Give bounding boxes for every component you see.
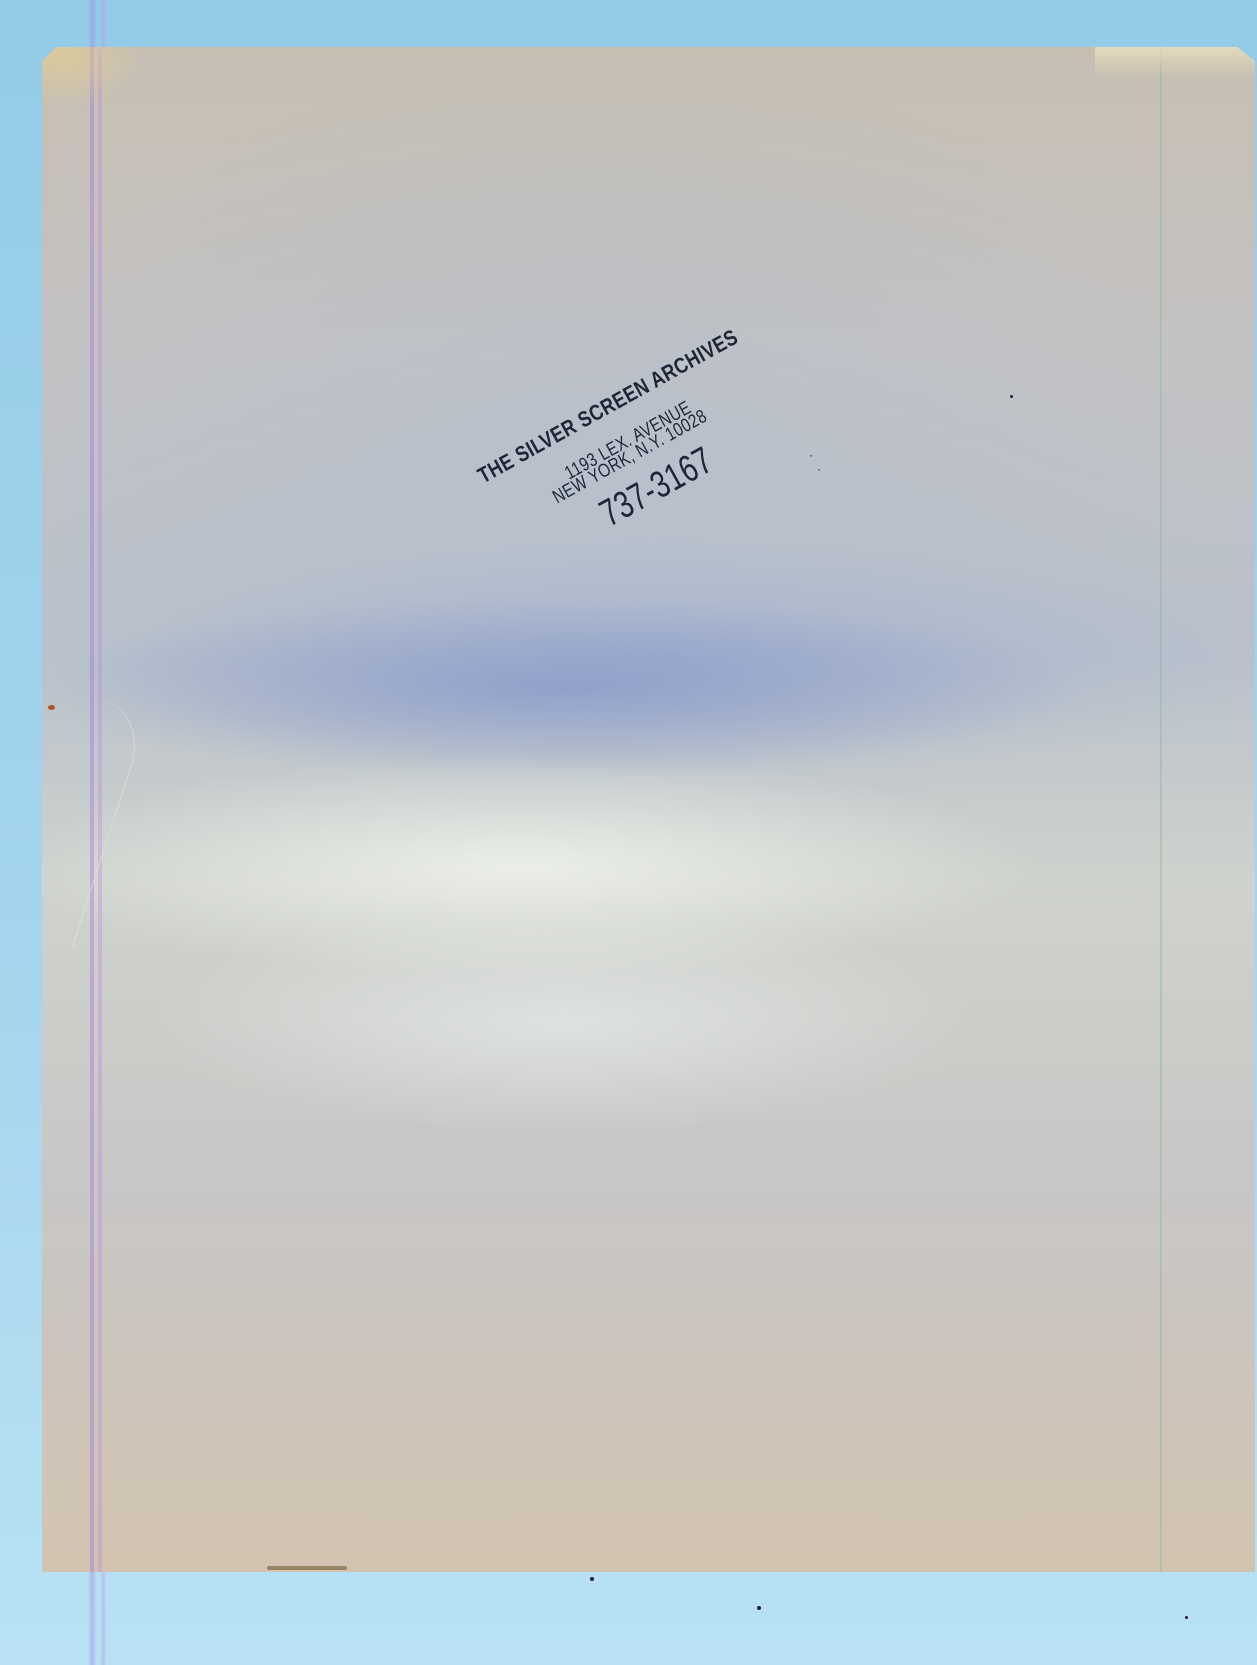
paper-sheet [42, 47, 1255, 1572]
rust-spot [48, 705, 55, 710]
dust-speck [1010, 395, 1013, 398]
corner-wear [1095, 47, 1255, 77]
dust-speck [590, 1577, 594, 1581]
corner-wear [42, 47, 152, 127]
dust-speck [1185, 1616, 1188, 1619]
edge-smudge [267, 1566, 347, 1570]
dust-speck [757, 1606, 761, 1610]
scan-streak [1160, 47, 1162, 1572]
